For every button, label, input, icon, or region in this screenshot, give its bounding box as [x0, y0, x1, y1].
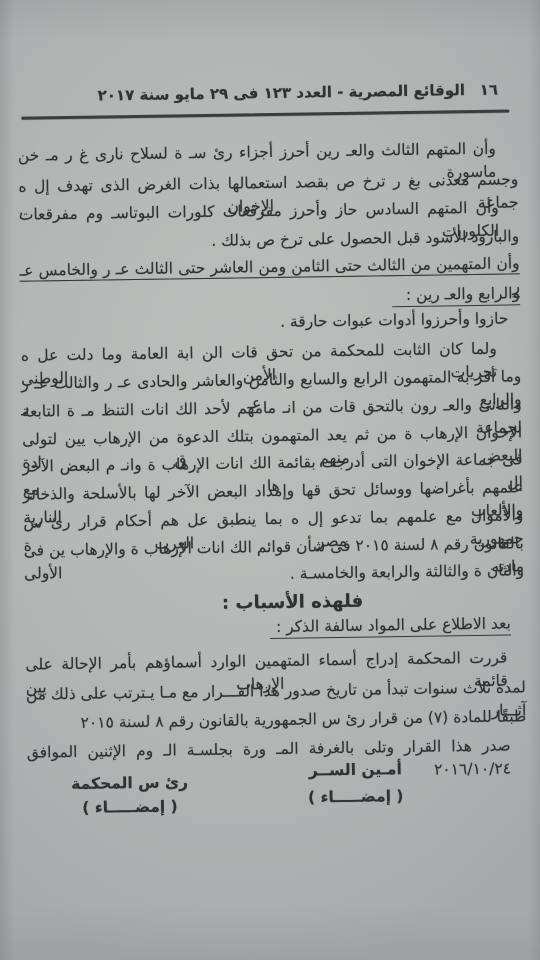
- para-decision-line-3: طبقًا للمادة (٧) من قرار رئ س الجمهورية …: [26, 705, 526, 736]
- scanned-gazette-page: { "header": { "page_number": "١٦", "titl…: [0, 0, 540, 960]
- para-defendant-23-line-1: وأن المتهم الثالث والعـ رين أحرز أجزاء ر…: [18, 137, 518, 168]
- para-defendant-23-line-2: وجسم معدنى بغ ر ترخ ص بقصد استعمالها بذا…: [18, 168, 518, 199]
- signature-court-president: رئ س المحكمة ( إمضـــــاء ): [71, 773, 188, 817]
- signature-secretary-sign: ( إمضـــــاء ): [308, 787, 404, 806]
- signature-secretary-title: أمـين الســر: [308, 760, 404, 779]
- para-findings-line-1: ولما كان الثابت للمحكمة من تحق قات الن ا…: [21, 337, 521, 368]
- underlined-text: والرابع والعـ رين :: [392, 284, 520, 307]
- para-defendants-underlined-line-1: وأن المتهمين من الثالث حتى الثامن ومن ال…: [19, 252, 519, 283]
- signature-court-president-title: رئ س المحكمة: [71, 773, 188, 793]
- signature-secretary: أمـين الســر ( إمضـــــاء ): [308, 760, 404, 806]
- underlined-text: بعد الاطلاع على المواد سالفة الذكر :: [270, 614, 511, 639]
- scan-content: الوقائع المصرية - العدد ١٢٣ فى ٢٩ مايو س…: [16, 0, 530, 960]
- page-number: ١٦: [480, 81, 499, 99]
- para-decision-line-4: صدر هذا القرار وتلى بالغرفة المـ ورة بجل…: [27, 734, 527, 765]
- signature-court-president-sign: ( إمضـــــاء ): [71, 797, 188, 817]
- para-findings-line-4: الإخوان الإرهاب ة من ثم يعد المتهمون بتل…: [22, 421, 522, 452]
- para-defendant-6-line-2: والبارود الأسود قبل الحصول على ترخ ص بذل…: [19, 225, 519, 256]
- gazette-header-title: الوقائع المصرية - العدد ١٢٣ فى ٢٩ مايو س…: [98, 81, 466, 104]
- para-decision-line-1: قررت المحكمة إدراج أسماء المتهمين الوارد…: [25, 646, 525, 677]
- header-divider-rule: [21, 109, 509, 119]
